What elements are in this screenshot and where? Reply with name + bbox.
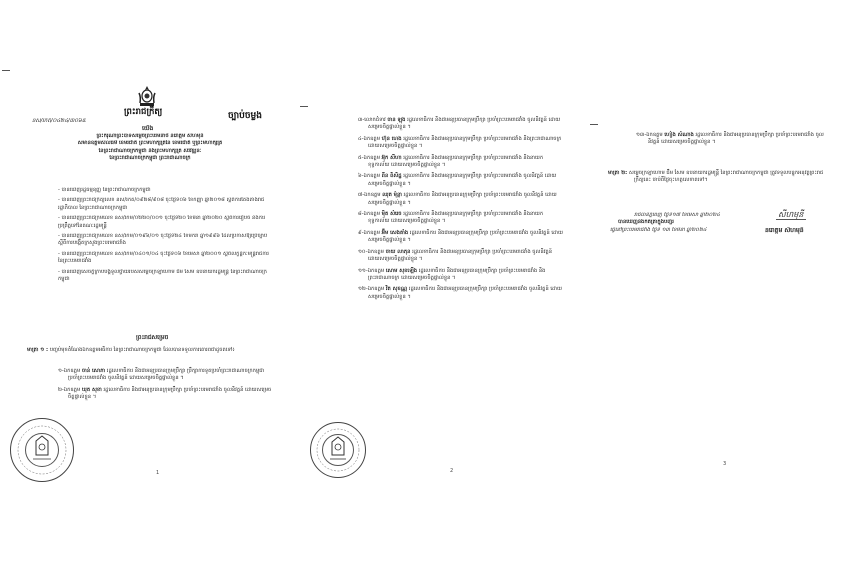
consideration-item: - បានឃើញព្រះរាជក្រមលេខ នស/រកម/០១៩៦/០១ ចុ… xyxy=(58,233,273,248)
page-number: 1 xyxy=(156,470,159,476)
article-2: មាត្រា ២: សម្តេចក្រឡាហោម ជឹម សែម ឧបនាយករ… xyxy=(608,170,830,185)
king-intro: ព្រះករុណាព្រះបាទសម្តេចព្រះបរមនាថ នរោត្តម… xyxy=(60,133,240,163)
page-number: 2 xyxy=(450,468,453,474)
seal-ring-icon xyxy=(311,423,365,477)
document-page-1: នស/រកត/០៤២៤/៣០៦៣ ព្រះរាជក្រឹត្យ ច្បាប់ចម… xyxy=(0,0,290,567)
reference-number: នស/រកត/០៤២៤/៣០៦៣ xyxy=(32,118,86,126)
list-item: ១០-ឯកឧត្តម ចាយ លាភុន រដ្ឋលេខាធិការ និងជា… xyxy=(358,249,563,264)
page-number: 3 xyxy=(723,461,726,467)
document-page-2: ៣-លោកជំទាវ ចាន ឡុង រដ្ឋលេខាធិការ និងជាអន… xyxy=(290,0,580,567)
we-label: យើង xyxy=(142,125,153,133)
copy-mark: ច្បាប់ចម្លង xyxy=(228,110,262,123)
list-item: ១-ឯកឧត្តម ចាន់ សោភា រដ្ឋលេខាធិការ និងជាអ… xyxy=(58,368,273,383)
consideration-item: - បានឃើញព្រះរាជក្រមលេខ នស/រកម/០២២០/០០១ ច… xyxy=(58,215,273,230)
list-item: ៧-ឯកឧត្តម ឈុត ម៉ុន្តា រដ្ឋលេខាធិការ និងជ… xyxy=(358,192,563,207)
scan-mark xyxy=(300,106,308,107)
consideration-item: - បានឃើញព្រះរាជក្រមលេខ នស/រកម/០៤០១/០៤ ចុ… xyxy=(58,251,273,266)
royal-emblem-icon xyxy=(136,85,158,107)
list-item: ១១-ឯកឧត្តម សោម សុខឡើង រដ្ឋលេខាធិការ និងជ… xyxy=(358,268,563,283)
registration-block: រាជធានីភ្នំពេញ ថ្ងៃទី១៧ ខែមេសា ឆ្នាំ២០២៤… xyxy=(610,212,750,234)
article-1: មាត្រា ១ : បញ្ចប់មុខតំណែងឯកឧត្តមអធិការ ន… xyxy=(27,347,272,354)
document-page-3: ១៣-ឯកឧត្តម ហៀង សំណាង រដ្ឋលេខាធិការ និងជា… xyxy=(580,0,850,567)
considerations-list: - បានឃើញរដ្ឋធម្មនុញ្ញ នៃព្រះរាជាណាចក្រកម… xyxy=(58,187,273,283)
royal-palace-seal xyxy=(10,418,74,482)
list-item: ៣-លោកជំទាវ ចាន ឡុង រដ្ឋលេខាធិការ និងជាអន… xyxy=(358,117,563,132)
page3-items: ១៣-ឯកឧត្តម ហៀង សំណាង រដ្ឋលេខាធិការ និងជា… xyxy=(636,132,831,147)
page1-items: ១-ឯកឧត្តម ចាន់ សោភា រដ្ឋលេខាធិការ និងជាអ… xyxy=(58,368,273,402)
list-item: ៤-ឯកឧត្តម ហ៊ុន ហេង រដ្ឋលេខាធិការ និងជាអន… xyxy=(358,136,563,151)
consideration-item: - បានឃើញរដ្ឋធម្មនុញ្ញ នៃព្រះរាជាណាចក្រកម… xyxy=(58,187,273,194)
section-heading: ព្រះរាជសម្រេច xyxy=(136,334,168,342)
list-item: ១៣-ឯកឧត្តម ហៀង សំណាង រដ្ឋលេខាធិការ និងជា… xyxy=(636,132,831,147)
decree-title: ព្រះរាជក្រឹត្យ xyxy=(124,107,162,119)
list-item: ២-ឯកឧត្តម ឃុត សុខា រដ្ឋលេខាធិការ និងជាអន… xyxy=(58,387,273,402)
list-item: ៥-ឯកឧត្តម អ៊ុក សីហា រដ្ឋលេខាធិការ និងជាអ… xyxy=(358,155,563,170)
signatory-name: នរោត្តម សីហមុនី xyxy=(765,227,804,235)
list-item: ៩-ឯកឧត្តម អ៊ឹម សេងគាំង រដ្ឋលេខាធិការ និង… xyxy=(358,230,563,245)
scan-mark xyxy=(2,70,10,71)
signature-line xyxy=(776,219,806,220)
seal-ring-icon xyxy=(11,419,73,481)
scan-mark xyxy=(590,124,598,125)
consideration-item: - បានឃើញព្រះរាជក្រឹត្យលេខ នស/រកត/០៩២៨/៩០… xyxy=(58,197,273,212)
list-item: ១២-ឯកឧត្តម វិត សុខណ្ណ រដ្ឋលេខាធិការ និងជ… xyxy=(358,286,563,301)
consideration-item: - បានឃើញសេចក្តីក្រាបបង្គំទូលថ្វាយរបស់សម្… xyxy=(58,269,273,284)
list-item: ៦-ឯកឧត្តម ពីន ពិសិដ្ឋ រដ្ឋលេខាធិការ និងជ… xyxy=(358,173,563,188)
list-item: ៨-ឯកឧត្តម ម៉ិត សំរេច រដ្ឋលេខាធិការ និងជា… xyxy=(358,211,563,226)
page2-items: ៣-លោកជំទាវ ចាន ឡុង រដ្ឋលេខាធិការ និងជាអន… xyxy=(358,117,563,301)
royal-palace-seal xyxy=(310,422,366,478)
